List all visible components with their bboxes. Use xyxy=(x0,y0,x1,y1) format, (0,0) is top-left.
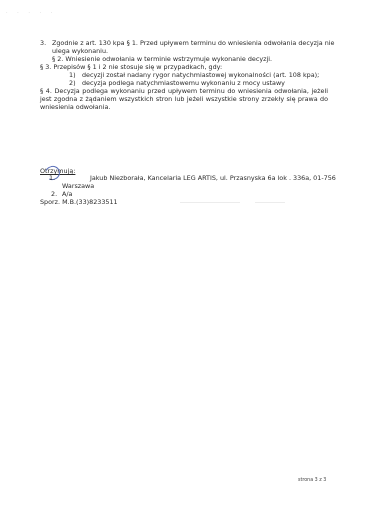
recipient-number: 2. xyxy=(51,190,57,198)
list-item: decyzja podlega natychmiastowemu wykonan… xyxy=(82,79,285,87)
recipient-line1: Jakub Niezborała, Kancelaria LEG ARTIS, … xyxy=(90,174,336,182)
item3-line1: Zgodnie z art. 130 kpa § 1. Przed upływe… xyxy=(52,39,334,47)
document-page: . . . . . 3. Zgodnie z art. 130 kpa § 1.… xyxy=(0,0,370,523)
recipient-number: 1. xyxy=(49,174,55,182)
page-number: strona 3 z 3 xyxy=(298,478,326,483)
list-number: 1) xyxy=(69,71,76,79)
scan-artifact xyxy=(255,202,285,203)
recipient-line2: Warszawa xyxy=(62,182,94,190)
item-number: 3. xyxy=(40,39,46,47)
item3-line2: ulega wykonaniu. xyxy=(52,47,108,55)
prepared-by: Sporz. M.B.(33)8233511 xyxy=(40,198,118,206)
list-item: decyzji został nadany rygor natychmiasto… xyxy=(82,71,319,79)
paragraph-4: § 4. Decyzja podlega wykonaniu przed upł… xyxy=(40,87,328,111)
paragraph-3: § 3. Przepisów § 1 i 2 nie stosuje się w… xyxy=(40,63,222,71)
list-number: 2) xyxy=(69,79,76,87)
scan-marks: . . . . . xyxy=(6,9,56,15)
paragraph-2: § 2. Wniesienie odwołania w terminie wst… xyxy=(52,55,272,63)
scan-artifact xyxy=(180,202,240,203)
recipient-line1: A/a xyxy=(62,190,72,198)
